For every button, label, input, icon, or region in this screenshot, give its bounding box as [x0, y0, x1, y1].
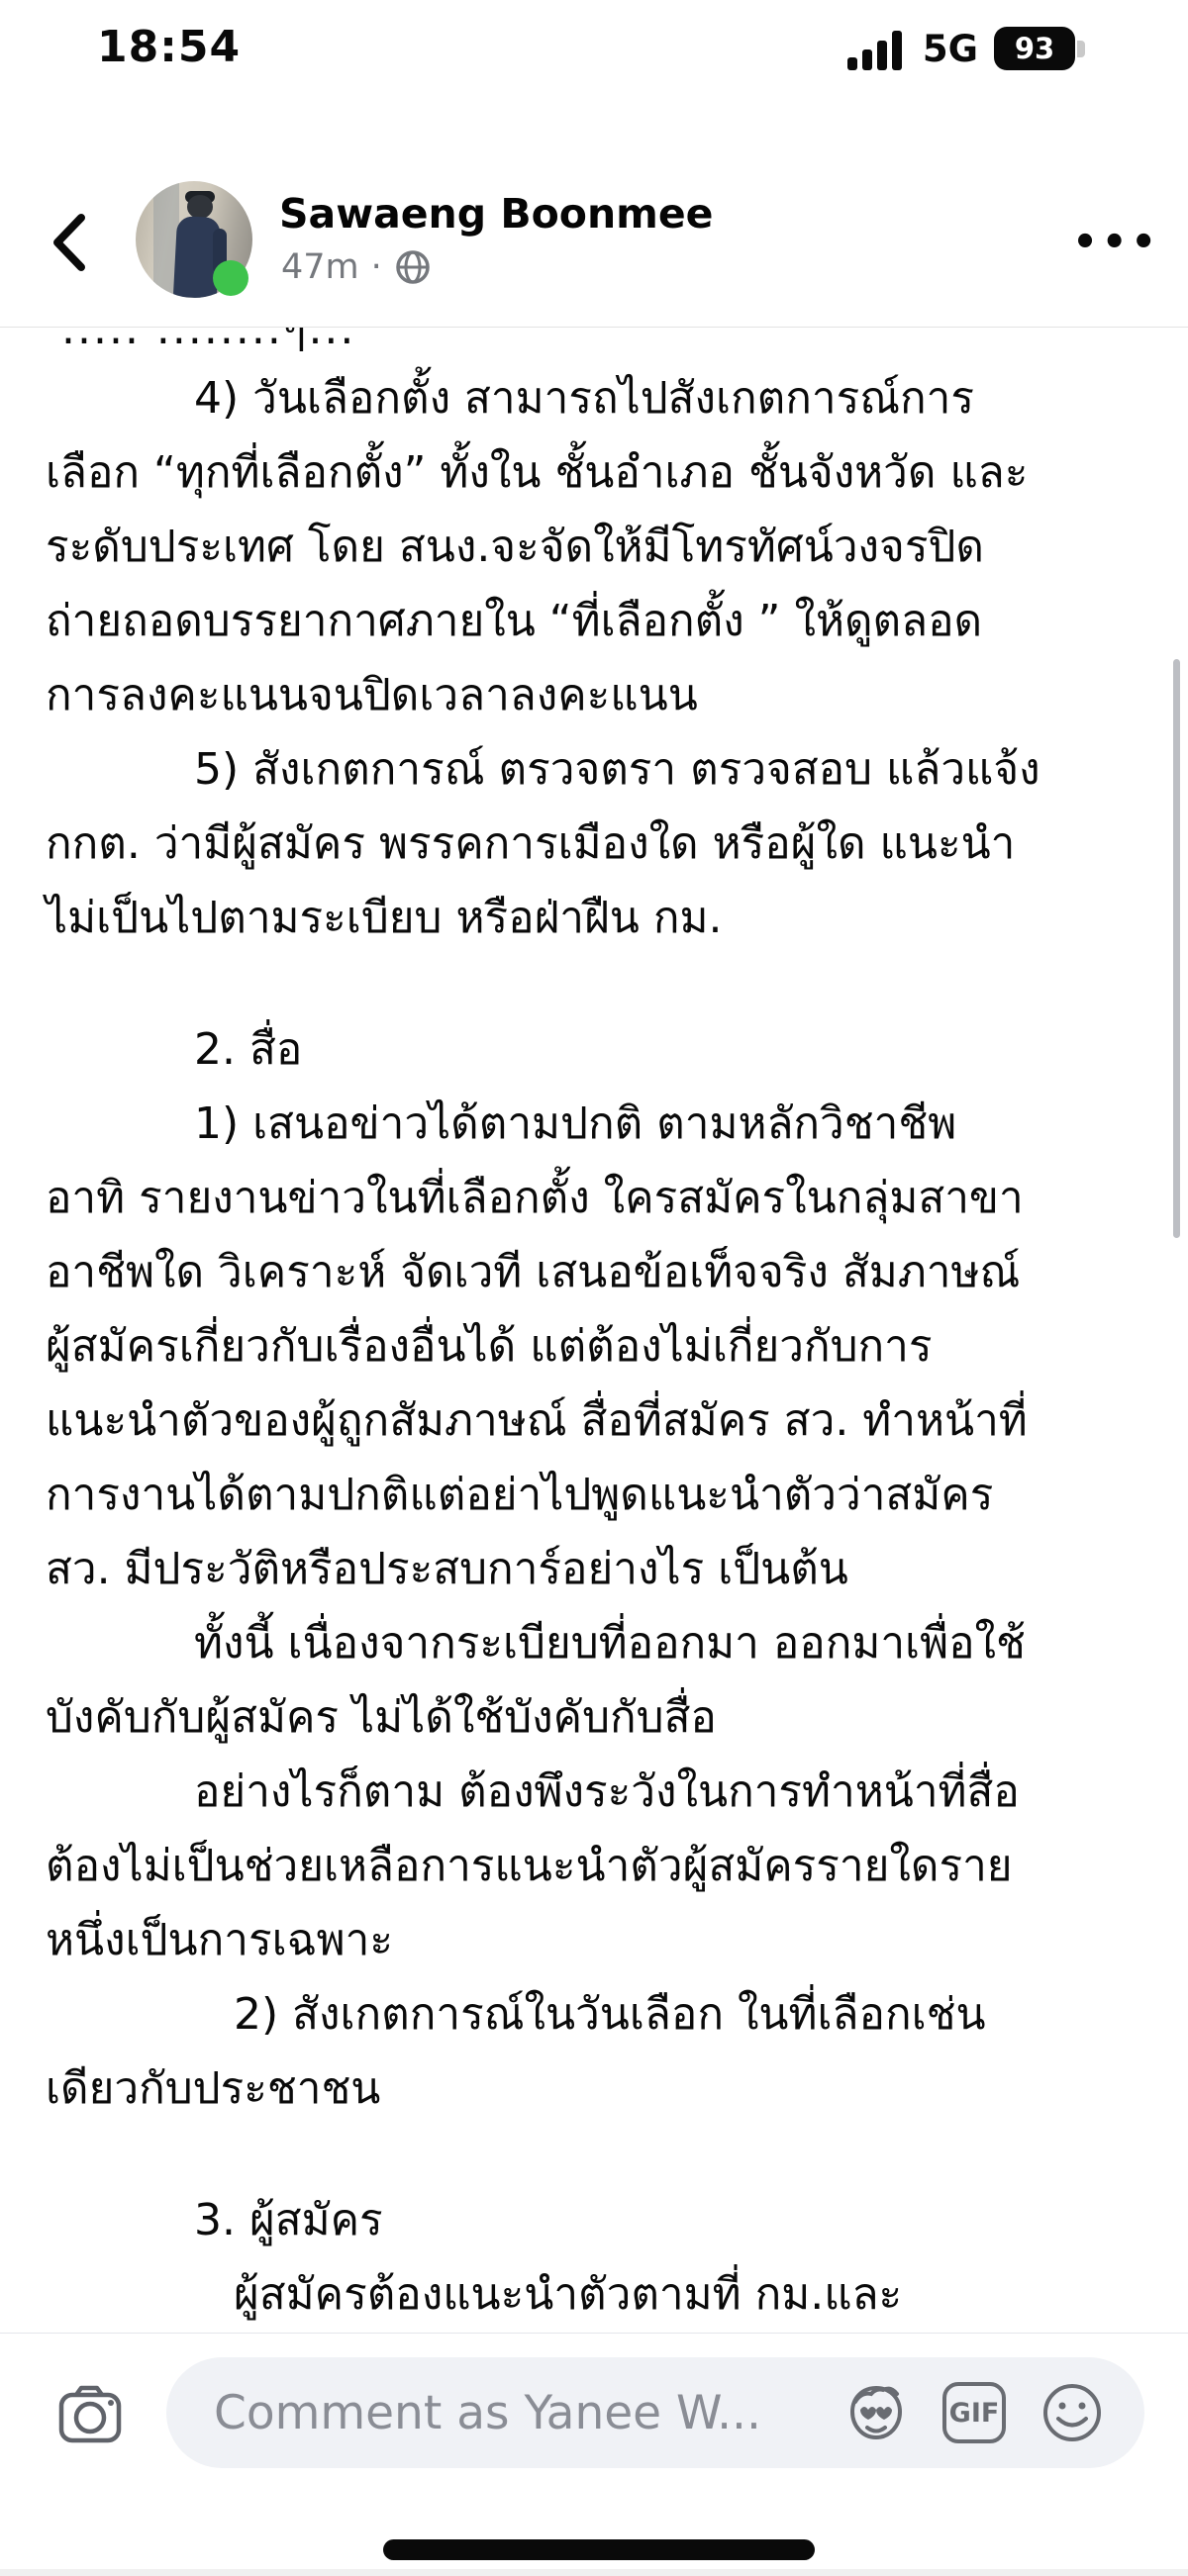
- online-indicator: [213, 260, 248, 296]
- post-text-line: ถ่ายถอดบรรยากาศภายใน “ที่เลือกตั้ง ” ให้…: [46, 584, 1142, 658]
- post-text-line: [46, 955, 1142, 1012]
- battery-percent: 93: [1015, 32, 1054, 65]
- post-meta: 47m ·: [281, 247, 432, 287]
- status-time: 18:54: [97, 22, 241, 72]
- status-bar: 18:54 5G 93: [0, 0, 1188, 89]
- camera-button[interactable]: [54, 2379, 126, 2450]
- post-text-line: อาชีพใด วิเคราะห์ จัดเวที เสนอข้อเท็จจริ…: [46, 1235, 1142, 1309]
- post-text-line: กกต. ว่ามีผู้สมัคร พรรคการเมืองใด หรือผู…: [46, 807, 1142, 881]
- bottom-edge: [0, 2569, 1188, 2576]
- post-text-line: 5) สังเกตการณ์ ตรวจตรา ตรวจสอบ แล้วแจ้ง: [46, 732, 1142, 807]
- battery-nub: [1077, 41, 1085, 57]
- post-text-line: 1) เสนอข่าวได้ตามปกติ ตามหลักวิชาชีพ: [46, 1087, 1142, 1161]
- comment-placeholder: Comment as Yanee W...: [214, 2386, 843, 2440]
- clipped-text-line: ..... ........ๆ...: [0, 328, 1188, 353]
- post-text-line: ระดับประเทศ โดย สนง.จะจัดให้มีโทรทัศน์วง…: [46, 510, 1142, 584]
- post-text: 4) วันเลือกตั้ง สามารถไปสังเกตการณ์การเล…: [0, 353, 1188, 2332]
- post-text-line: หนึ่งเป็นการเฉพาะ: [46, 1903, 1142, 1977]
- post-text-line: ไม่เป็นไปตามระเบียบ หรือฝ่าฝืน กม.: [46, 881, 1142, 955]
- comment-input[interactable]: Comment as Yanee W... GIF: [166, 2357, 1144, 2468]
- scrollbar[interactable]: [1173, 659, 1180, 1238]
- facebook-post-screen: 18:54 5G 93: [0, 0, 1188, 2576]
- back-button[interactable]: [49, 212, 89, 273]
- status-icons: 5G 93: [847, 26, 1085, 71]
- post-text-line: ทั้งนี้ เนื่องจากระเบียบที่ออกมา ออกมาเพ…: [46, 1606, 1142, 1680]
- post-text-line: 4) วันเลือกตั้ง สามารถไปสังเกตการณ์การ: [46, 361, 1142, 435]
- post-text-line: แนะนำตัวของผู้ถูกสัมภาษณ์ สื่อที่สมัคร ส…: [46, 1383, 1142, 1458]
- author-name[interactable]: Sawaeng Boonmee: [279, 190, 713, 238]
- comment-actions: GIF: [843, 2380, 1105, 2445]
- post-text-line: อาทิ รายงานข่าวในที่เลือกตั้ง ใครสมัครใน…: [46, 1161, 1142, 1235]
- post-text-line: เลือก “ทุกที่เลือกตั้ง” ทั้งใน ชั้นอำเภอ…: [46, 435, 1142, 510]
- post-text-line: การลงคะแนนจนปิดเวลาลงคะแนน: [46, 658, 1142, 732]
- battery-icon: 93: [994, 27, 1075, 70]
- gif-button[interactable]: GIF: [942, 2382, 1006, 2443]
- post-time-ago: 47m: [281, 247, 359, 287]
- emoji-button[interactable]: [1039, 2380, 1105, 2445]
- more-options-button[interactable]: •••: [1072, 220, 1160, 265]
- post-text-line: 3. ผู้สมัคร: [46, 2183, 1142, 2257]
- meta-separator: ·: [371, 247, 382, 287]
- privacy-globe-icon: [394, 248, 432, 286]
- network-type-label: 5G: [923, 28, 978, 70]
- post-text-line: การงานได้ตามปกติแต่อย่าไปพูดแนะนำตัวว่าส…: [46, 1458, 1142, 1532]
- post-text-line: [46, 2126, 1142, 2183]
- post-text-line: ต้องไม่เป็นช่วยเหลือการแนะนำตัวผู้สมัครร…: [46, 1829, 1142, 1903]
- post-text-line: สว. มีประวัติหรือประสบการ์อย่างไร เป็นต้…: [46, 1532, 1142, 1606]
- post-text-line: 2) สังเกตการณ์ในวันเลือก ในที่เลือกเช่น: [46, 1977, 1142, 2051]
- post-text-line: บังคับกับผู้สมัคร ไม่ได้ใช้บังคับกับสื่อ: [46, 1680, 1142, 1755]
- post-body: ..... ........ๆ... 4) วันเลือกตั้ง สามาร…: [0, 327, 1188, 2333]
- post-text-line: 2. สื่อ: [46, 1012, 1142, 1087]
- sticker-heart-eyes-button[interactable]: [843, 2380, 909, 2445]
- post-header: Sawaeng Boonmee 47m · •••: [0, 176, 1188, 320]
- signal-strength-icon: [847, 26, 907, 71]
- home-indicator[interactable]: [383, 2539, 815, 2560]
- post-text-line: อย่างไรก็ตาม ต้องพึงระวังในการทำหน้าที่ส…: [46, 1755, 1142, 1829]
- post-text-line: เดียวกับประชาชน: [46, 2051, 1142, 2126]
- avatar-person-head: [187, 195, 213, 219]
- post-text-line: ผู้สมัครต้องแนะนำตัวตามที่ กม.และ: [46, 2257, 1142, 2332]
- post-text-line: ผู้สมัครเกี่ยวกับเรื่องอื่นได้ แต่ต้องไม…: [46, 1309, 1142, 1383]
